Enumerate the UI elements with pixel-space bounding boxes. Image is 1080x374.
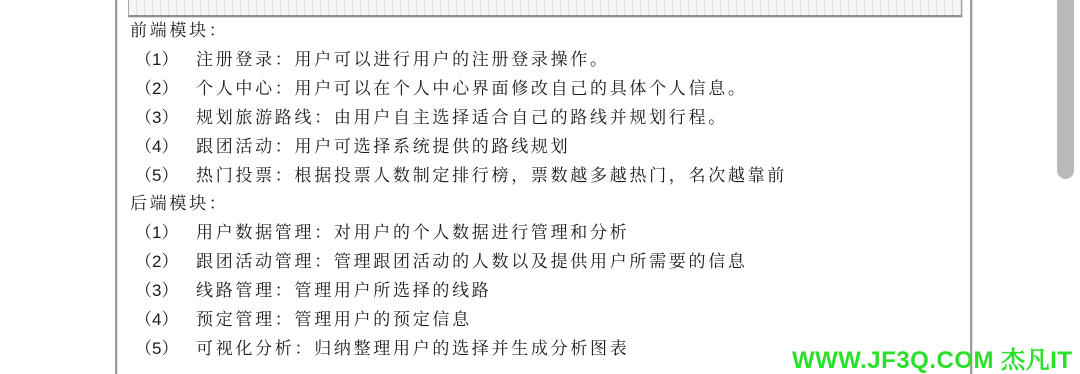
list-item: （3）规划旅游路线：由用户自主选择适合自己的路线并规划行程。 bbox=[130, 104, 975, 133]
section-heading: 前端模块： bbox=[130, 17, 975, 46]
item-text: 预定管理：管理用户的预定信息 bbox=[196, 310, 472, 329]
item-text: 热门投票：根据投票人数制定排行榜，票数越多越热门，名次越靠前 bbox=[196, 166, 787, 185]
watermark: WWW.JF3Q.COM 杰凡IT bbox=[792, 340, 1072, 374]
vertical-scrollbar-thumb[interactable] bbox=[1057, 0, 1074, 179]
item-text: 跟团活动：用户可选择系统提供的路线规划 bbox=[196, 137, 570, 156]
item-number: （5） bbox=[135, 335, 196, 364]
item-number: （3） bbox=[135, 104, 196, 133]
item-text: 线路管理：管理用户所选择的线路 bbox=[196, 281, 492, 300]
item-number: （3） bbox=[135, 277, 196, 306]
item-text: 可视化分析：归纳整理用户的选择并生成分析图表 bbox=[196, 339, 629, 358]
list-item: （2）个人中心：用户可以在个人中心界面修改自己的具体个人信息。 bbox=[130, 75, 975, 104]
list-item: （1）注册登录：用户可以进行用户的注册登录操作。 bbox=[130, 46, 975, 75]
item-text: 跟团活动管理：管理跟团活动的人数以及提供用户所需要的信息 bbox=[196, 252, 748, 271]
item-text: 个人中心：用户可以在个人中心界面修改自己的具体个人信息。 bbox=[196, 79, 748, 98]
section-heading: 后端模块： bbox=[130, 190, 975, 219]
list-item: （4）预定管理：管理用户的预定信息 bbox=[130, 306, 975, 335]
item-number: （5） bbox=[135, 162, 196, 191]
item-number: （2） bbox=[135, 248, 196, 277]
document-content[interactable]: 前端模块：（1）注册登录：用户可以进行用户的注册登录操作。（2）个人中心：用户可… bbox=[130, 17, 975, 364]
item-text: 规划旅游路线：由用户自主选择适合自己的路线并规划行程。 bbox=[196, 108, 728, 127]
document-viewer: 前端模块：（1）注册登录：用户可以进行用户的注册登录操作。（2）个人中心：用户可… bbox=[0, 0, 1080, 374]
item-number: （4） bbox=[135, 133, 196, 162]
item-number: （1） bbox=[135, 219, 196, 248]
item-text: 用户数据管理：对用户的个人数据进行管理和分析 bbox=[196, 223, 629, 242]
list-item: （1）用户数据管理：对用户的个人数据进行管理和分析 bbox=[130, 219, 975, 248]
item-number: （4） bbox=[135, 306, 196, 335]
list-item: （5）热门投票：根据投票人数制定排行榜，票数越多越热门，名次越靠前 bbox=[130, 162, 975, 191]
item-number: （1） bbox=[135, 46, 196, 75]
list-item: （3）线路管理：管理用户所选择的线路 bbox=[130, 277, 975, 306]
horizontal-ruler bbox=[128, 0, 962, 17]
list-item: （2）跟团活动管理：管理跟团活动的人数以及提供用户所需要的信息 bbox=[130, 248, 975, 277]
page-left-border bbox=[115, 0, 117, 374]
item-text: 注册登录：用户可以进行用户的注册登录操作。 bbox=[196, 50, 610, 69]
item-number: （2） bbox=[135, 75, 196, 104]
list-item: （4）跟团活动：用户可选择系统提供的路线规划 bbox=[130, 133, 975, 162]
